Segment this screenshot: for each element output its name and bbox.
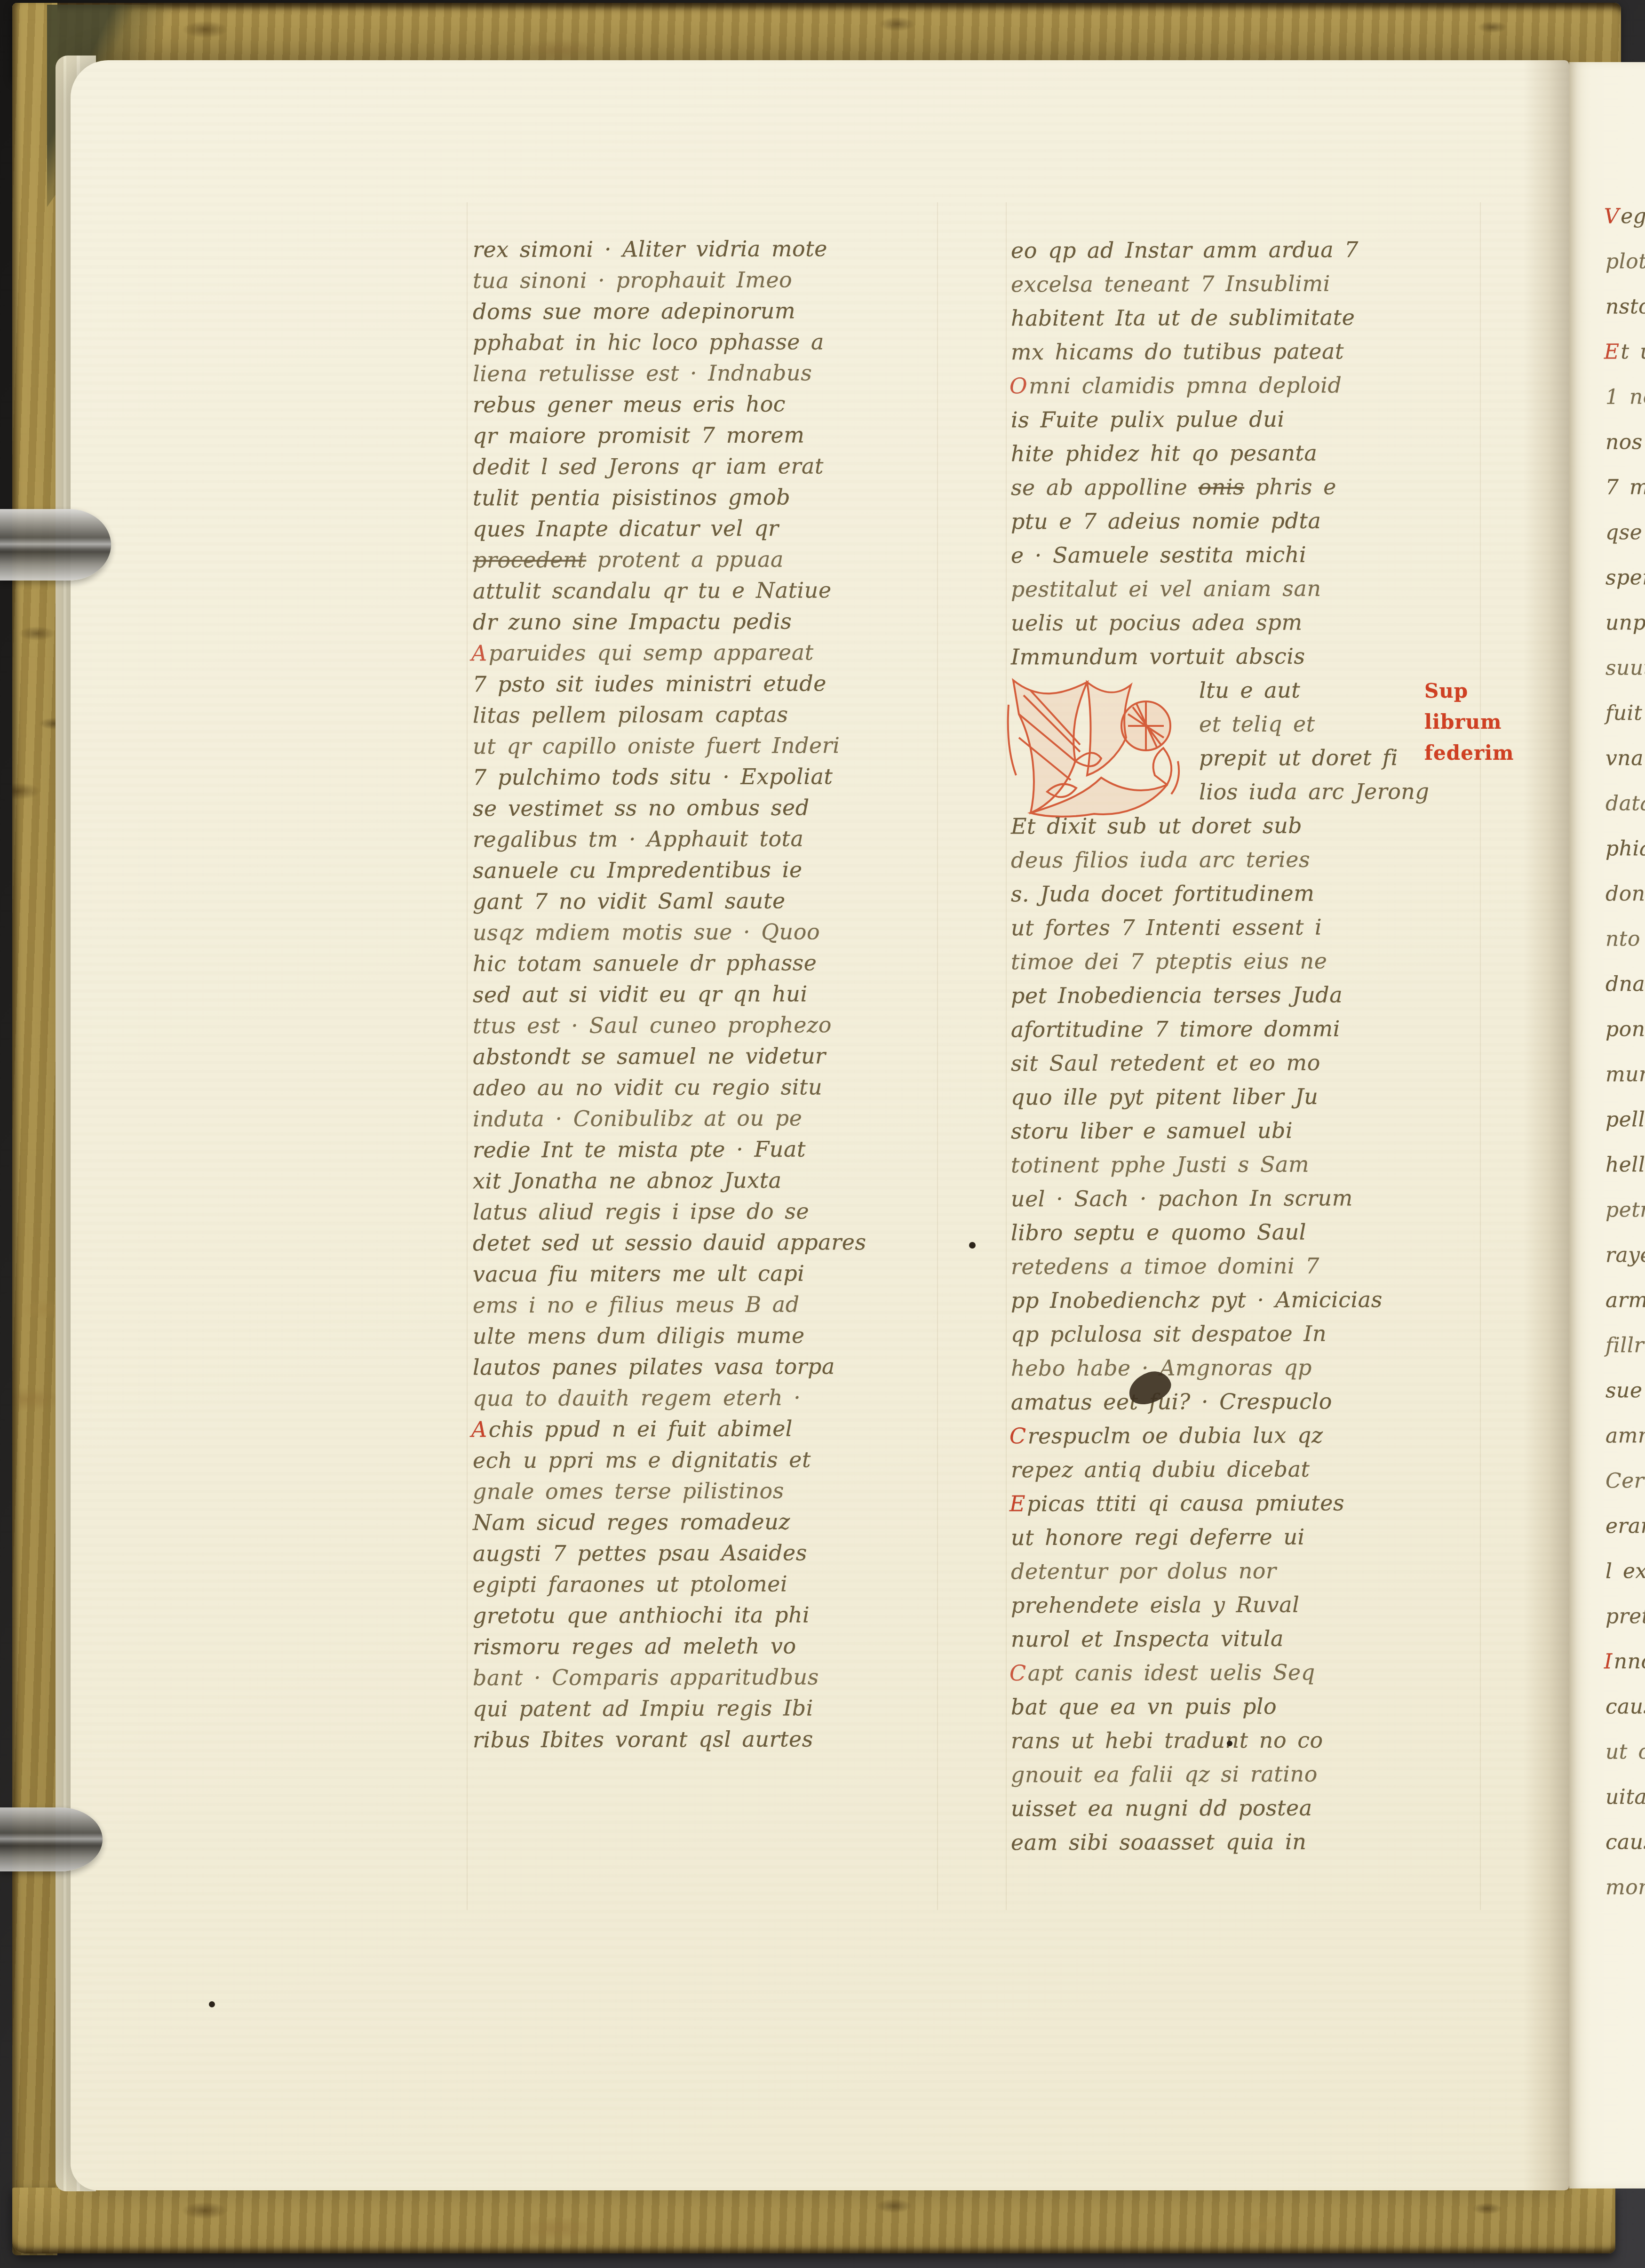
manuscript-text-line: Crespuclm oe dubia lux qz xyxy=(1009,1424,1480,1459)
manuscript-text-line: 7 pulchimo tods situ · Expoliat xyxy=(471,765,937,798)
facing-text-line: 7 mdo xyxy=(1604,477,1645,523)
line-text: ptu e 7 adeius nomie pdta xyxy=(1011,508,1321,534)
manuscript-text-line: sanuele cu Impredentibus ie xyxy=(471,859,937,891)
right-column-lower-text: Et dixit sub ut doret sub deus filios iu… xyxy=(1009,815,1480,1865)
line-text: uel · Sach · pachon In scrum xyxy=(1011,1185,1353,1211)
line-text: pestitalut ei vel aniam san xyxy=(1011,576,1321,602)
line-text: excelsa teneant 7 Insublimi xyxy=(1011,271,1330,297)
line-text: ribus Ibites vorant qsl aurtes xyxy=(473,1726,813,1752)
line-text: regalibus tm · Apphauit tota xyxy=(473,826,804,852)
facing-text-line: causa de xyxy=(1604,1696,1645,1742)
line-text: speriu xyxy=(1605,565,1645,589)
line-text: eo qp ad Instar amm ardua 7 xyxy=(1011,237,1359,263)
line-text: paruides qui semp appareat xyxy=(489,639,814,666)
line-text: rayel xyxy=(1605,1243,1645,1267)
line-text: attulit scandalu qr tu e Natiue xyxy=(473,577,832,604)
line-text: ulte mens dum diligis mume xyxy=(473,1322,805,1349)
line-text: storu liber e samuel ubi xyxy=(1011,1118,1293,1144)
line-text: l exim xyxy=(1605,1559,1645,1583)
manuscript-text-line: usqz mdiem motis sue · Quoo xyxy=(471,921,937,953)
line-text: adeo au no vidit cu regio situ xyxy=(473,1074,822,1100)
manuscript-text-line: qua to dauith regem eterh · xyxy=(471,1386,937,1419)
manuscript-text-line: dr zuno sine Impactu pedis xyxy=(471,610,937,643)
line-text: qui patent ad Impiu regis Ibi xyxy=(473,1695,813,1721)
facing-text-line: pretent xyxy=(1604,1606,1645,1652)
facing-text-line: Cerethi xyxy=(1604,1471,1645,1516)
line-text: ltu e aut xyxy=(1199,677,1300,703)
line-text: suuta xyxy=(1605,656,1645,680)
manuscript-text-line: ltu e aut xyxy=(1009,679,1480,714)
line-text: qse a xyxy=(1605,520,1645,544)
line-text: deus filios iuda arc teries xyxy=(1011,847,1310,873)
facing-text-line: nsto xyxy=(1604,296,1645,342)
manuscript-text-line: pp Inobedienchz pyt · Amicicias xyxy=(1009,1289,1480,1324)
facing-text-line: nos ly xyxy=(1604,432,1645,477)
facing-text-line: petra xyxy=(1604,1200,1645,1245)
line-text: habitent Ita ut de sublimitate xyxy=(1011,304,1355,331)
line-text: se vestimet ss no ombus sed xyxy=(473,795,810,821)
line-text: sanuele cu Impredentibus ie xyxy=(473,857,803,883)
text-column-right: eo qp ad Instar amm ardua 7 excelsa tene… xyxy=(1009,239,1480,1865)
line-text: libro septu e quomo Saul xyxy=(1011,1219,1306,1246)
line-text: hic totam sanuele dr pphasse xyxy=(473,950,817,976)
manuscript-text-line: rismoru reges ad meleth vo xyxy=(471,1635,937,1667)
manuscript-text-line: Aparuides qui semp appareat xyxy=(471,641,937,674)
manuscript-text-line: ttus est · Saul cuneo prophezo xyxy=(471,1014,937,1046)
manuscript-text-line: ut qr capillo oniste fuert Inderi xyxy=(471,734,937,767)
glass-page-weight-bottom xyxy=(0,1807,103,1871)
line-text: prepit ut doret fi xyxy=(1199,745,1398,771)
manuscript-text-line: vacua fiu miters me ult capi xyxy=(471,1262,937,1295)
manuscript-text-line: liena retulisse est · Indnabus xyxy=(471,362,937,394)
line-text: s. Juda docet fortitudinem xyxy=(1011,881,1314,907)
line-text: dedit l sed Jerons qr iam erat xyxy=(473,453,824,479)
manuscript-text-line: rebus gener meus eris hoc xyxy=(471,393,937,425)
rubricated-initial: O xyxy=(1009,373,1029,398)
line-text: Immundum vortuit abscis xyxy=(1011,644,1305,670)
line-text: picas ttiti qi causa pmiutes xyxy=(1027,1490,1344,1516)
manuscript-text-line: pet Inobediencia terses Juda xyxy=(1009,984,1480,1019)
line-text: nos ly xyxy=(1605,430,1645,454)
manuscript-text-line: prepit ut doret fi xyxy=(1009,747,1480,782)
line-text: unplo xyxy=(1605,611,1645,635)
line-text: ut ordn xyxy=(1605,1740,1645,1764)
facing-page-text-fragments: Vege plotass nsto Et ut 1 no nos ly 7 md… xyxy=(1604,206,1645,1922)
rubric-word: Sup xyxy=(1424,679,1468,702)
line-text: dr zuno sine Impactu pedis xyxy=(473,609,792,635)
manuscript-text-line: attulit scandalu qr tu e Natiue xyxy=(471,579,937,612)
manuscript-text-line: timoe dei 7 pteptis eius ne xyxy=(1009,950,1480,985)
line-text: amnus xyxy=(1605,1424,1645,1448)
manuscript-text-line: Epicas ttiti qi causa pmiutes xyxy=(1009,1492,1480,1527)
line-text: latus aliud regis i ipse do se xyxy=(473,1198,809,1225)
line-text: rebus gener meus eris hoc xyxy=(473,391,786,418)
line-text: nsto xyxy=(1605,294,1645,318)
facing-text-line: unplo xyxy=(1604,613,1645,658)
line-text: egipti faraones ut ptolomei xyxy=(473,1571,787,1598)
line-text: ut honore regi deferre ui xyxy=(1011,1524,1305,1551)
manuscript-text-line: se vestimet ss no ombus sed xyxy=(471,796,937,829)
rubric-word: federim xyxy=(1424,741,1514,764)
line-text: vna cu xyxy=(1605,746,1645,770)
line-text: petra xyxy=(1605,1198,1645,1222)
line-text: totinent pphe Justi s Sam xyxy=(1011,1152,1309,1178)
ruling-line xyxy=(1006,202,1007,1910)
manuscript-text-line: ut honore regi deferre ui xyxy=(1009,1526,1480,1561)
line-text: amatus eet fui? · Crespuclo xyxy=(1011,1389,1332,1415)
facing-text-line: more xyxy=(1604,1877,1645,1923)
manuscript-text-line: uel · Sach · pachon In scrum xyxy=(1009,1187,1480,1222)
line-text: lautos panes pilates vasa torpa xyxy=(473,1353,835,1380)
manuscript-text-line: detentur por dolus nor xyxy=(1009,1560,1480,1595)
facing-text-line: erant xyxy=(1604,1516,1645,1561)
line-text: 1 no xyxy=(1605,385,1645,409)
line-text: causs d xyxy=(1605,1830,1645,1854)
ruling-line xyxy=(1480,202,1481,1910)
line-text: hite phidez hit qo pesanta xyxy=(1011,440,1318,467)
line-text: pello xyxy=(1605,1107,1645,1131)
line-text: fillridon xyxy=(1605,1333,1645,1357)
facing-text-line: fuit al xyxy=(1604,703,1645,748)
manuscript-text-line: rans ut hebi tradunt no co xyxy=(1009,1729,1480,1764)
line-text: se ab appolline xyxy=(1011,474,1199,500)
right-column-upper-text: eo qp ad Instar amm ardua 7 excelsa tene… xyxy=(1009,239,1480,679)
facing-text-line: speriu xyxy=(1604,567,1645,613)
facing-text-line: hello p xyxy=(1604,1154,1645,1200)
manuscript-text-line: litas pellem pilosam captas xyxy=(471,703,937,736)
line-text: ut fortes 7 Intenti essent i xyxy=(1011,915,1322,941)
manuscript-text-line: hic totam sanuele dr pphasse xyxy=(471,952,937,984)
manuscript-text-line: uisset ea nugni dd postea xyxy=(1009,1797,1480,1832)
manuscript-text-line: ech u ppri ms e dignitatis et xyxy=(471,1448,937,1481)
glass-page-weight-top xyxy=(0,509,111,581)
rubric-caption-line: Sup xyxy=(1424,676,1556,707)
facing-text-line: fillridon xyxy=(1604,1335,1645,1381)
manuscript-text-line: e · Samuele sestita michi xyxy=(1009,543,1480,579)
manuscript-text-line: pestitalut ei vel aniam san xyxy=(1009,577,1480,613)
line-text: afortitudine 7 timore dommi xyxy=(1011,1016,1340,1042)
line-text: phia gi xyxy=(1605,836,1645,860)
line-text: 7 mdo xyxy=(1605,475,1645,499)
ruling-line xyxy=(467,202,468,1910)
facing-text-line: vna cu xyxy=(1604,748,1645,794)
manuscript-text-line: Omni clamidis pmna deploid xyxy=(1009,374,1480,409)
manuscript-text-line: storu liber e samuel ubi xyxy=(1009,1119,1480,1154)
facing-text-line: phia gi xyxy=(1604,838,1645,884)
rubric-caption-line: librum xyxy=(1424,707,1556,738)
line-text: gnale omes terse pilistinos xyxy=(473,1478,784,1504)
manuscript-text-line: lios iuda arc Jerong xyxy=(1009,780,1480,816)
facing-text-line: ut ordn xyxy=(1604,1742,1645,1787)
line-text: respuclm oe dubia lux qz xyxy=(1028,1423,1323,1449)
rubricated-initial: C xyxy=(1009,1423,1028,1448)
manuscript-text-line: retedens a timoe domini 7 xyxy=(1009,1255,1480,1290)
book-binding-spine-edge xyxy=(12,3,57,2255)
line-text: ttus est · Saul cuneo prophezo xyxy=(473,1012,832,1038)
line-text: lios iuda arc Jerong xyxy=(1199,779,1430,804)
manuscript-text-line: prehendete eisla y Ruval xyxy=(1009,1593,1480,1629)
rubricated-initial: A xyxy=(471,640,489,666)
line-text: plotass xyxy=(1605,249,1645,273)
manuscript-text-line: pphabat in hic loco pphasse a xyxy=(471,331,937,363)
marginal-rubric-caption: Sup librum federim xyxy=(1424,676,1556,769)
rubricated-initial: E xyxy=(1604,340,1621,364)
line-text: sed aut si vidit eu qr qn hui xyxy=(473,981,808,1007)
line-text: dna u xyxy=(1605,972,1645,996)
line-text: gant 7 no vidit Saml saute xyxy=(473,888,786,915)
manuscript-text-line: amatus eet fui? · Crespuclo xyxy=(1009,1390,1480,1425)
manuscript-text-line: redie Int te mista pte · Fuat xyxy=(471,1138,937,1170)
facing-text-line: Innocen xyxy=(1604,1651,1645,1697)
manuscript-text-line: bat que ea vn puis plo xyxy=(1009,1695,1480,1730)
line-text: fuit al xyxy=(1605,701,1645,725)
manuscript-text-line: Immundum vortuit abscis xyxy=(1009,645,1480,680)
manuscript-text-line: Et dixit sub ut doret sub xyxy=(1009,814,1480,850)
line-text: pphabat in hic loco pphasse a xyxy=(473,329,824,355)
line-text: ech u ppri ms e dignitatis et xyxy=(473,1447,811,1473)
line-text: Et dixit sub ut doret sub xyxy=(1011,813,1302,839)
manuscript-text-line: is Fuite pulix pulue dui xyxy=(1009,408,1480,443)
line-text: uisset ea nugni dd postea xyxy=(1011,1795,1312,1822)
rubric-caption-line: federim xyxy=(1424,738,1556,769)
line-text: ques Inapte dicatur vel qr xyxy=(473,516,779,542)
line-text: hello p xyxy=(1605,1153,1645,1177)
manuscript-text-line: Capt canis idest uelis Seq xyxy=(1009,1661,1480,1696)
facing-text-line: uita s xyxy=(1604,1787,1645,1832)
line-text: e · Samuele sestita michi xyxy=(1011,542,1306,568)
ruling-line xyxy=(937,202,938,1910)
line-text: quo ille pyt pitent liber Ju xyxy=(1011,1084,1318,1110)
manuscript-text-line: repez antiq dubiu dicebat xyxy=(1009,1458,1480,1493)
line-text: rans ut hebi tradunt no co xyxy=(1011,1727,1323,1754)
line-text: erant xyxy=(1605,1514,1645,1538)
line-text: bat que ea vn puis plo xyxy=(1011,1694,1277,1719)
line-text: detet sed ut sessio dauid appares xyxy=(473,1229,866,1256)
manuscript-text-line: hebo habe · Amgnoras qp xyxy=(1009,1356,1480,1392)
manuscript-text-line: ptu e 7 adeius nomie pdta xyxy=(1009,509,1480,545)
manuscript-text-line: gant 7 no vidit Saml saute xyxy=(471,890,937,922)
line-text: usqz mdiem motis sue · Quoo xyxy=(473,919,820,945)
manuscript-text-line: ques Inapte dicatur vel qr xyxy=(471,517,937,549)
manuscript-text-line: abstondt se samuel ne videtur xyxy=(471,1045,937,1077)
manuscript-text-line: excelsa teneant 7 Insublimi xyxy=(1009,272,1480,308)
line-text: redie Int te mista pte · Fuat xyxy=(473,1136,806,1162)
manuscript-text-line: Achis ppud n ei fuit abimel xyxy=(471,1417,937,1450)
manuscript-text-line: xit Jonatha ne abnoz Juxta xyxy=(471,1169,937,1202)
rubricated-initial: E xyxy=(1009,1491,1027,1516)
line-text: litas pellem pilosam captas xyxy=(473,702,788,728)
rubric-word: librum xyxy=(1424,710,1502,733)
manuscript-text-line: sed aut si vidit eu qr qn hui xyxy=(471,983,937,1015)
line-text: prehendete eisla y Ruval xyxy=(1011,1592,1300,1618)
line-text: mx hicams do tutibus pateat xyxy=(1011,338,1344,365)
manuscript-text-line: gretotu que anthiochi ita phi xyxy=(471,1604,937,1636)
facing-text-line: qse a xyxy=(1604,522,1645,568)
line-text: armiza xyxy=(1605,1288,1645,1312)
line-text: is Fuite pulix pulue dui xyxy=(1011,406,1285,433)
line-text: pet Inobediencia terses Juda xyxy=(1011,982,1343,1008)
facing-text-line: plotass xyxy=(1604,251,1645,297)
facing-text-line: Vege xyxy=(1604,206,1645,252)
rubricated-initial: A xyxy=(471,1417,489,1442)
manuscript-text-line: dedit l sed Jerons qr iam erat xyxy=(471,455,937,487)
manuscript-text-line: rex simoni · Aliter vidria mote xyxy=(471,238,937,270)
line-text: liena retulisse est · Indnabus xyxy=(473,360,812,386)
manuscript-text-line: qp pclulosa sit despatoe In xyxy=(1009,1322,1480,1358)
line-text: protent a ppuaa xyxy=(586,547,784,573)
facing-text-line: pono xyxy=(1604,1019,1645,1065)
facing-text-line: causs d xyxy=(1604,1832,1645,1878)
line-text: data d xyxy=(1605,791,1645,815)
struck-word: onis xyxy=(1198,474,1244,500)
line-text: 7 psto sit iudes ministri etude xyxy=(473,670,826,697)
facing-text-line: donul xyxy=(1604,883,1645,929)
facing-text-line: nto 7 xyxy=(1604,929,1645,974)
line-text: sue tan xyxy=(1605,1378,1645,1402)
book-binding-bottom-edge xyxy=(12,2188,1615,2253)
line-text: et teliq et xyxy=(1199,711,1315,737)
manuscript-text-line: deus filios iuda arc teries xyxy=(1009,848,1480,883)
facing-text-line: amnus xyxy=(1604,1425,1645,1471)
manuscript-text-line: habitent Ita ut de sublimitate xyxy=(1009,306,1480,342)
facing-text-line: murt xyxy=(1604,1064,1645,1110)
facing-text-line: dna u xyxy=(1604,974,1645,1019)
manuscript-text-line: induta · Conibulibz at ou pe xyxy=(471,1107,937,1139)
line-text: uelis ut pocius adea spm xyxy=(1011,610,1303,636)
line-text: rismoru reges ad meleth vo xyxy=(473,1633,796,1659)
line-text: phris e xyxy=(1244,474,1336,500)
facing-text-line: 1 no xyxy=(1604,387,1645,432)
manuscript-text-line: ribus Ibites vorant qsl aurtes xyxy=(471,1728,937,1760)
fly-speck xyxy=(209,2001,215,2007)
line-text: ut qr capillo oniste fuert Inderi xyxy=(473,732,840,759)
line-text: qua to dauith regem eterh · xyxy=(473,1385,801,1411)
rubricated-initial: C xyxy=(1009,1660,1028,1686)
manuscript-text-line: ulte mens dum diligis mume xyxy=(471,1324,937,1357)
manuscript-text-line: tua sinoni · prophauit Imeo xyxy=(471,269,937,301)
facing-text-line: sue tan xyxy=(1604,1380,1645,1426)
line-text: tulit pentia pisistinos gmob xyxy=(473,485,790,511)
manuscript-text-line: Nam sicud reges romadeuz xyxy=(471,1511,937,1543)
line-text: pp Inobedienchz pyt · Amicicias xyxy=(1011,1287,1383,1313)
line-text: nnocen xyxy=(1614,1649,1645,1673)
manuscript-text-line: se ab appolline onis phris e xyxy=(1009,476,1480,511)
text-column-left: rex simoni · Aliter vidria mote tua sino… xyxy=(471,238,937,1759)
facing-text-line: armiza xyxy=(1604,1290,1645,1336)
line-text: abstondt se samuel ne videtur xyxy=(473,1043,826,1069)
page-gutter-shadow xyxy=(1523,60,1569,2190)
manuscript-text-line: ut fortes 7 Intenti essent i xyxy=(1009,916,1480,951)
manuscript-text-line: 7 psto sit iudes ministri etude xyxy=(471,672,937,705)
manuscript-text-line: doms sue more adepinorum xyxy=(471,300,937,332)
facing-page-edge: Vege plotass nsto Et ut 1 no nos ly 7 md… xyxy=(1569,62,1645,2188)
manuscript-text-line: hite phidez hit qo pesanta xyxy=(1009,442,1480,477)
line-text: uita s xyxy=(1605,1785,1645,1809)
line-text: ege xyxy=(1621,204,1645,228)
line-text: xit Jonatha ne abnoz Juxta xyxy=(473,1168,782,1194)
manuscript-text-line: adeo au no vidit cu regio situ xyxy=(471,1076,937,1108)
manuscript-text-line: s. Juda docet fortitudinem xyxy=(1009,882,1480,917)
line-text: 7 pulchimo tods situ · Expoliat xyxy=(473,764,833,790)
initial-adjacent-text: ltu e aut et teliq et prepit ut doret fi… xyxy=(1009,679,1480,815)
facing-text-line: rayel xyxy=(1604,1245,1645,1290)
manuscript-text-line: tulit pentia pisistinos gmob xyxy=(471,486,937,518)
photo-background: rex simoni · Aliter vidria mote tua sino… xyxy=(0,0,1645,2268)
fly-speck xyxy=(969,1242,976,1249)
line-text: pono xyxy=(1605,1017,1645,1041)
line-text: eam sibi soaasset quia in xyxy=(1011,1829,1306,1855)
line-text: qr maiore promisit 7 morem xyxy=(473,422,804,448)
line-text: doms sue more adepinorum xyxy=(473,298,795,324)
line-text: augsti 7 pettes psau Asaides xyxy=(473,1540,807,1566)
line-text: t ut xyxy=(1621,340,1645,364)
line-text: timoe dei 7 pteptis eius ne xyxy=(1011,948,1327,975)
manuscript-text-line: quo ille pyt pitent liber Ju xyxy=(1009,1085,1480,1121)
line-text: rex simoni · Aliter vidria mote xyxy=(473,236,827,262)
line-text: more xyxy=(1605,1875,1645,1899)
struck-word: procedent xyxy=(473,547,587,573)
facing-text-line: pello xyxy=(1604,1109,1645,1155)
line-text: vacua fiu miters me ult capi xyxy=(473,1260,804,1287)
manuscript-text-line: mx hicams do tutibus pateat xyxy=(1009,340,1480,375)
manuscript-text-line: regalibus tm · Apphauit tota xyxy=(471,828,937,860)
rubricated-initial: I xyxy=(1604,1649,1614,1673)
line-text: qp pclulosa sit despatoe In xyxy=(1011,1321,1327,1347)
facing-text-line: data d xyxy=(1604,793,1645,839)
manuscript-text-line: latus aliud regis i ipse do se xyxy=(471,1200,937,1233)
facing-text-line: Et ut xyxy=(1604,342,1645,387)
fly-speck xyxy=(1227,1741,1232,1746)
line-text: tua sinoni · prophauit Imeo xyxy=(473,267,792,294)
line-text: Cerethi xyxy=(1605,1469,1645,1493)
rubricated-initial: V xyxy=(1604,204,1621,228)
manuscript-text-line: sit Saul retedent et eo mo xyxy=(1009,1051,1480,1087)
facing-text-line: l exim xyxy=(1604,1561,1645,1607)
line-text: induta · Conibulibz at ou pe xyxy=(473,1105,802,1131)
line-text: bant · Comparis apparitudbus xyxy=(473,1664,819,1690)
line-text: causa de xyxy=(1605,1695,1645,1719)
manuscript-text-line: qr maiore promisit 7 morem xyxy=(471,424,937,456)
manuscript-text-line: totinent pphe Justi s Sam xyxy=(1009,1153,1480,1188)
line-text: nurol et Inspecta vitula xyxy=(1011,1626,1284,1652)
line-text: Nam sicud reges romadeuz xyxy=(473,1509,790,1536)
manuscript-text-line: gnouit ea falii qz si ratino xyxy=(1009,1763,1480,1798)
line-text: sit Saul retedent et eo mo xyxy=(1011,1050,1320,1076)
line-text: detentur por dolus nor xyxy=(1011,1558,1277,1584)
line-text: gretotu que anthiochi ita phi xyxy=(473,1602,810,1628)
manuscript-text-line: procedent protent a ppuaa xyxy=(471,548,937,581)
manuscript-text-line: eam sibi soaasset quia in xyxy=(1009,1830,1480,1866)
line-text: chis ppud n ei fuit abimel xyxy=(489,1416,793,1442)
line-text: repez antiq dubiu dicebat xyxy=(1011,1456,1310,1483)
line-text: gnouit ea falii qz si ratino xyxy=(1011,1761,1318,1788)
manuscript-text-line: augsti 7 pettes psau Asaides xyxy=(471,1542,937,1574)
manuscript-text-line: detet sed ut sessio dauid appares xyxy=(471,1231,937,1264)
line-text: nto 7 xyxy=(1605,927,1645,951)
manuscript-text-line: uelis ut pocius adea spm xyxy=(1009,611,1480,646)
manuscript-text-line: ems i no e filius meus B ad xyxy=(471,1293,937,1326)
manuscript-text-line: gnale omes terse pilistinos xyxy=(471,1480,937,1512)
manuscript-text-line: lautos panes pilates vasa torpa xyxy=(471,1355,937,1388)
line-text: apt canis idest uelis Seq xyxy=(1028,1660,1315,1686)
manuscript-text-line: egipti faraones ut ptolomei xyxy=(471,1573,937,1605)
line-text: retedens a timoe domini 7 xyxy=(1011,1253,1319,1280)
line-text: murt xyxy=(1605,1062,1645,1086)
line-text: ems i no e filius meus B ad xyxy=(473,1291,800,1318)
manuscript-text-line: qui patent ad Impiu regis Ibi xyxy=(471,1697,937,1729)
manuscript-text-line: eo qp ad Instar amm ardua 7 xyxy=(1009,239,1480,274)
manuscript-text-line: afortitudine 7 timore dommi xyxy=(1009,1018,1480,1053)
